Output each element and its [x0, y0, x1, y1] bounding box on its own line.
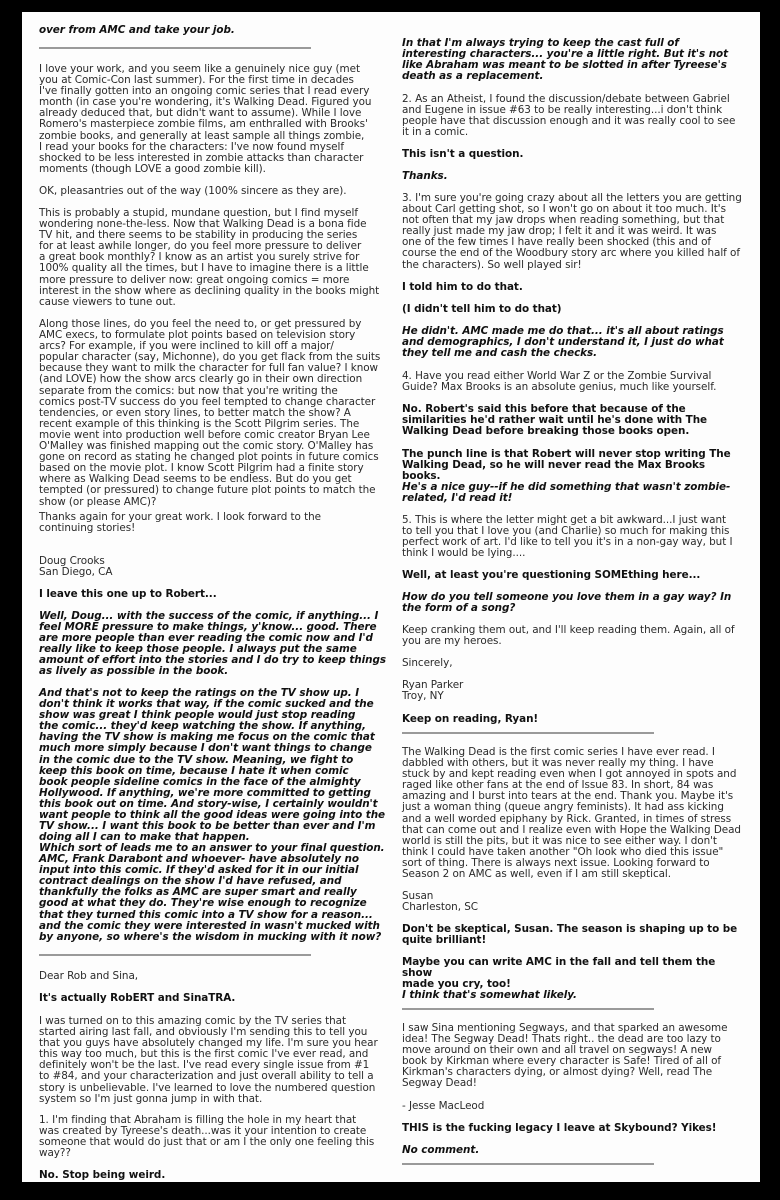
editor-response-text: And that's not to keep the ratings on th…: [39, 688, 385, 843]
reader-letter-text: Along those lines, do you feel the need …: [39, 319, 380, 508]
editor-response-text: THIS is the fucking legacy I leave at Sk…: [402, 1123, 717, 1134]
reader-letter-text: 4. Have you read either World War Z or t…: [402, 371, 716, 393]
editor-response-text: No comment.: [402, 1145, 479, 1156]
editor-response-text: Keep on reading, Ryan!: [402, 714, 538, 725]
section-divider: [402, 732, 654, 734]
editor-response-text: (I didn't tell him to do that): [402, 304, 562, 315]
editor-response-text: No. Robert's said this before that becau…: [402, 404, 707, 437]
editor-response-text: Which sort of leads me to an answer to y…: [39, 843, 385, 943]
editor-response-text: This isn't a question.: [402, 149, 523, 160]
reader-letter-text: Dear Rob and Sina,: [39, 971, 138, 982]
editor-response-text: He's a nice guy--if he did something tha…: [402, 482, 730, 504]
editor-response-text: Well, at least you're questioning SOMEth…: [402, 570, 700, 581]
editor-response-text: How do you tell someone you love them in…: [402, 592, 731, 614]
editor-response-text: He didn't. AMC made me do that... it's a…: [402, 326, 724, 359]
editor-response-text: Don't be skeptical, Susan. The season is…: [402, 924, 737, 946]
section-divider: [402, 1008, 654, 1010]
reader-letter-text: I saw Sina mentioning Segways, and that …: [402, 1023, 727, 1090]
reader-letter-text: 5. This is where the letter might get a …: [402, 515, 733, 559]
reader-letter-text: 2. As an Atheist, I found the discussion…: [402, 94, 735, 138]
section-divider: [39, 47, 311, 49]
editor-response-text: It's actually RobERT and SinaTRA.: [39, 993, 235, 1004]
reader-letter-text: I love your work, and you seem like a ge…: [39, 64, 371, 175]
editor-response-text: The punch line is that Robert will never…: [402, 449, 742, 482]
section-divider: [402, 1163, 654, 1165]
reader-letter-text: Doug Crooks San Diego, CA: [39, 556, 112, 578]
reader-letter-text: Sincerely,: [402, 658, 452, 669]
reader-letter-text: Thanks again for your great work. I look…: [39, 512, 321, 534]
reader-letter-text: I was turned on to this amazing comic by…: [39, 1016, 378, 1105]
editor-response-text: Maybe you can write AMC in the fall and …: [402, 957, 742, 990]
editor-response-text: over from AMC and take your job.: [39, 25, 235, 36]
reader-letter-text: This is probably a stupid, mundane quest…: [39, 208, 379, 308]
editor-response-text: In that I'm always trying to keep the ca…: [402, 38, 728, 82]
editor-response-text: I think that's somewhat likely.: [402, 990, 577, 1001]
reader-letter-text: Susan Charleston, SC: [402, 891, 478, 913]
reader-letter-text: The Walking Dead is the first comic seri…: [402, 747, 741, 880]
reader-letter-text: Ryan Parker Troy, NY: [402, 680, 463, 702]
reader-letter-text: Keep cranking them out, and I'll keep re…: [402, 625, 735, 647]
editor-response-text: I told him to do that.: [402, 282, 523, 293]
letters-page: over from AMC and take your job.I love y…: [22, 12, 760, 1182]
editor-response-text: No. Stop being weird.: [39, 1170, 165, 1181]
editor-response-text: I leave this one up to Robert...: [39, 589, 217, 600]
reader-letter-text: 3. I'm sure you're going crazy about all…: [402, 193, 742, 271]
reader-letter-text: OK, pleasantries out of the way (100% si…: [39, 186, 346, 197]
reader-letter-text: - Jesse MacLeod: [402, 1101, 484, 1112]
section-divider: [39, 954, 311, 956]
editor-response-text: Well, Doug... with the success of the co…: [39, 611, 386, 678]
editor-response-text: Thanks.: [402, 171, 448, 182]
reader-letter-text: 1. I'm finding that Abraham is filling t…: [39, 1115, 374, 1159]
